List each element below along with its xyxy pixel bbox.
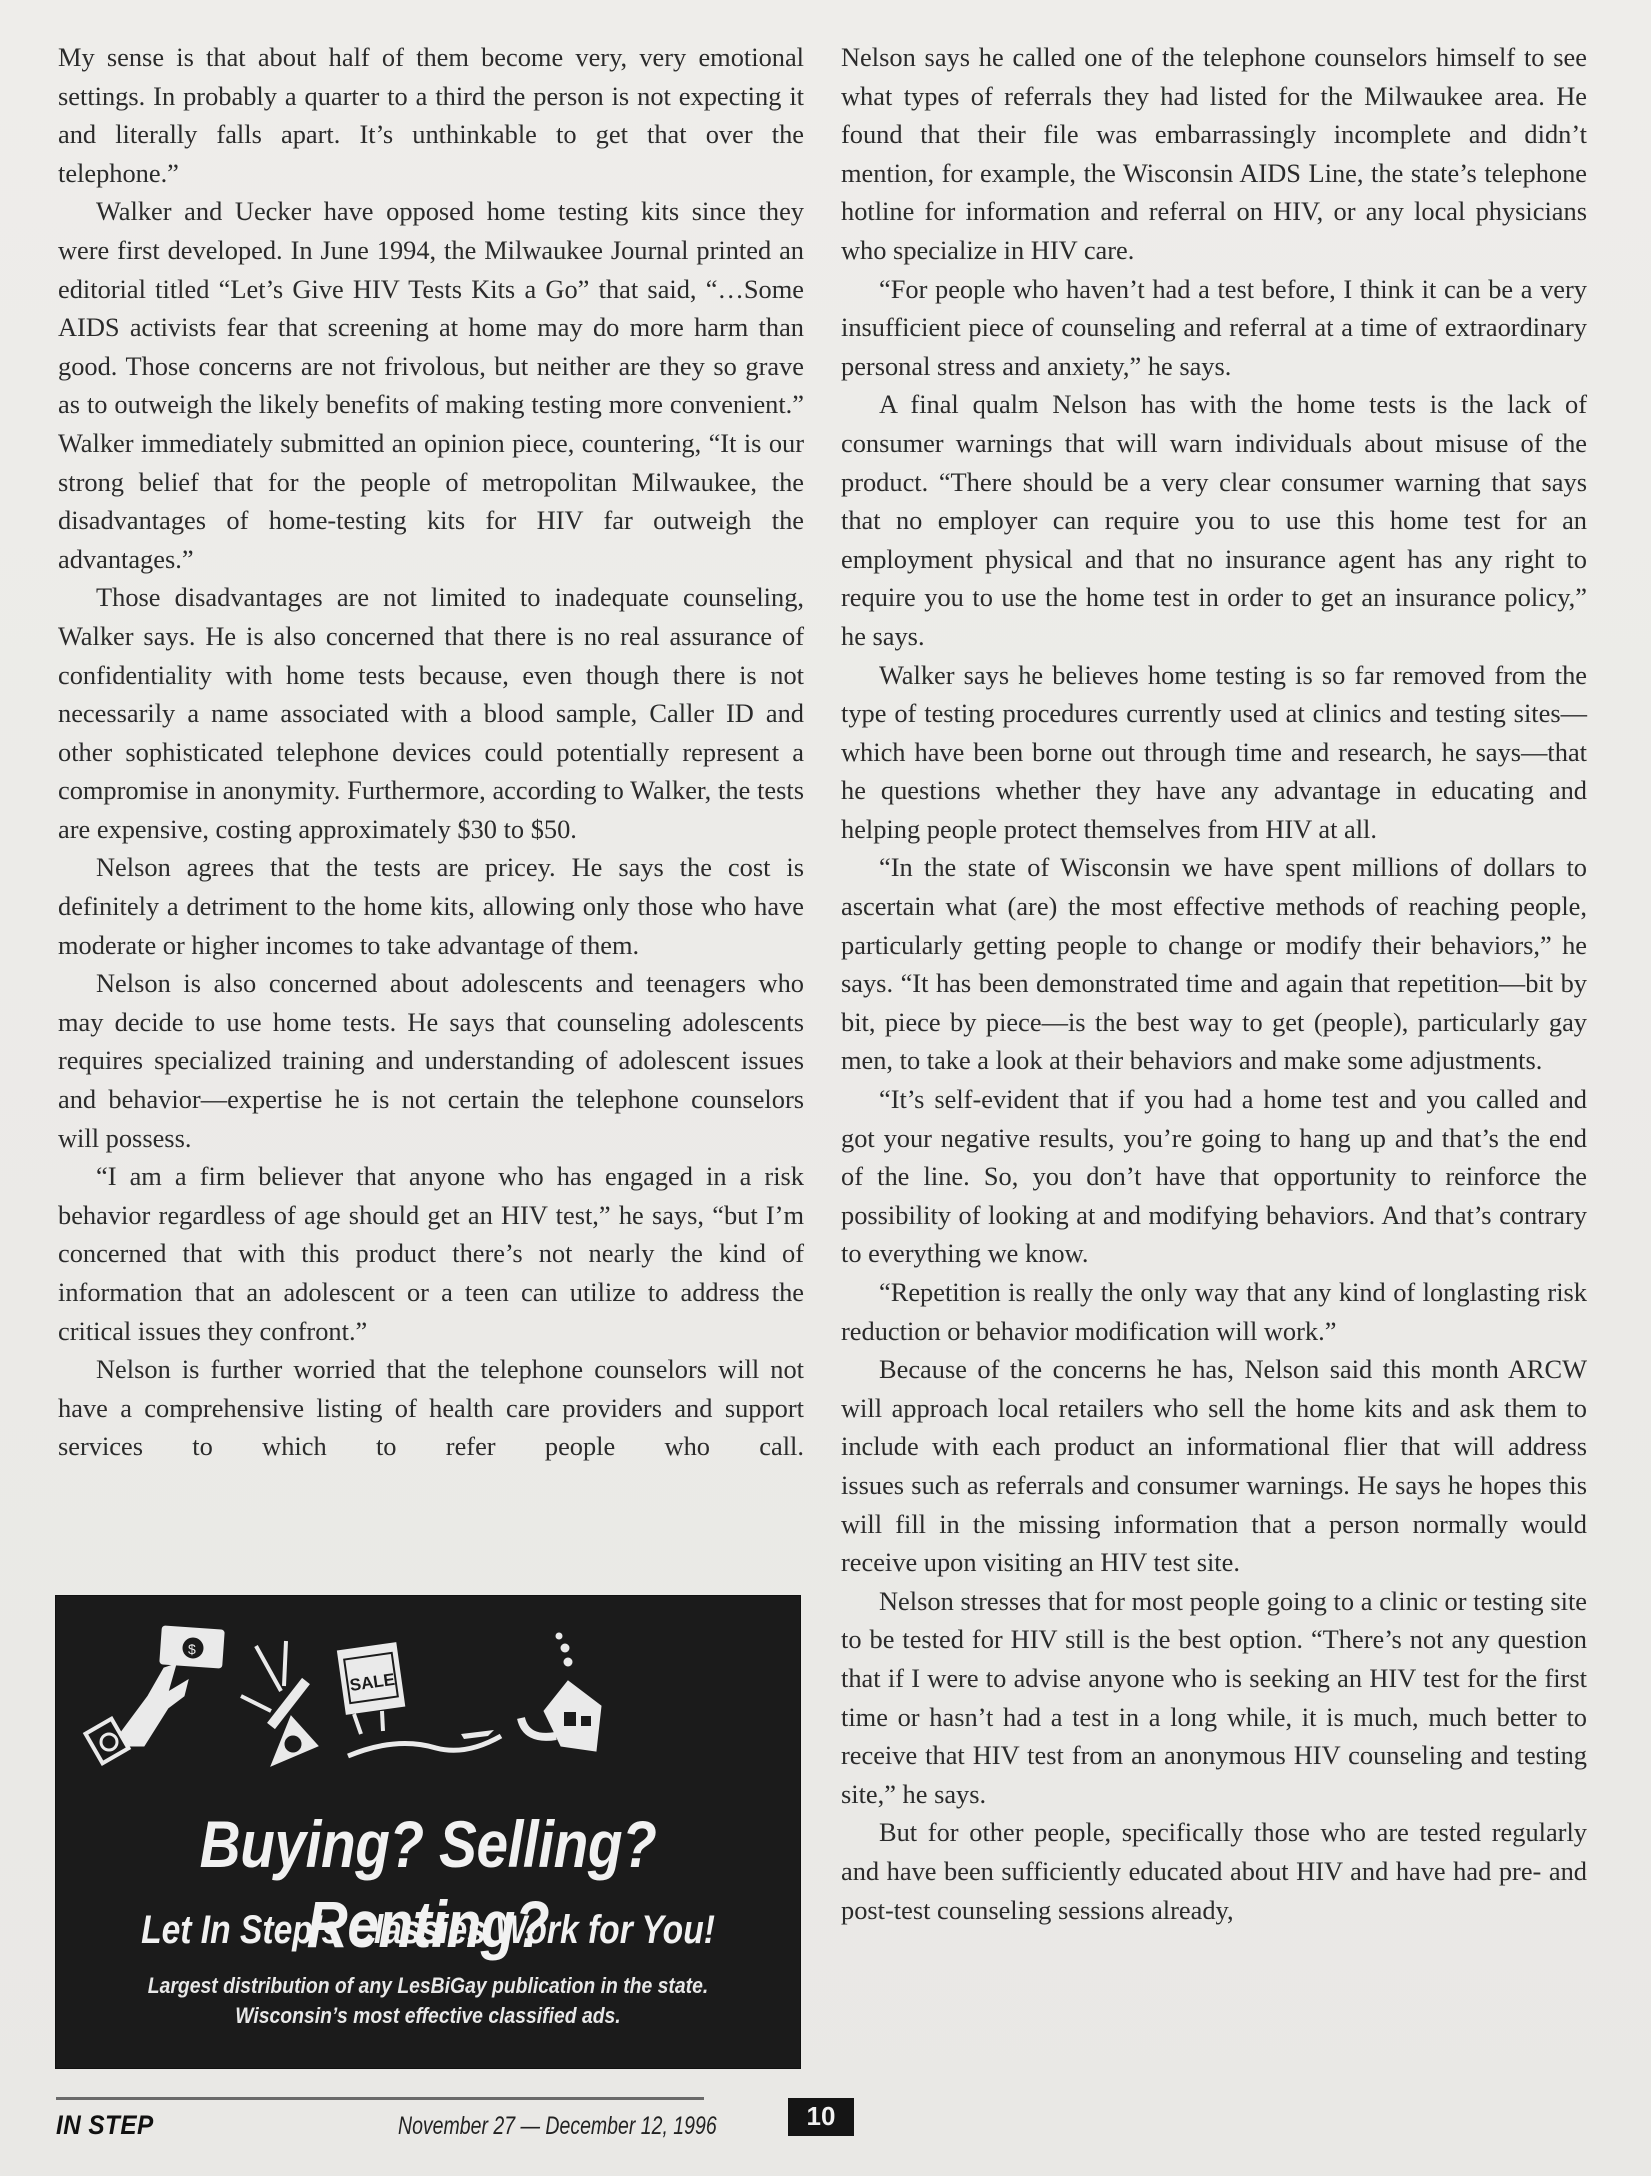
article-paragraph: Nelson stresses that for most people goi…	[841, 1582, 1587, 1814]
publication-name: IN STEP	[56, 2110, 154, 2141]
article-paragraph: Nelson is also concerned about adolescen…	[58, 964, 804, 1157]
article-paragraph: Nelson agrees that the tests are pricey.…	[58, 848, 804, 964]
article-paragraph: But for other people, specifically those…	[841, 1813, 1587, 1929]
ringing-telephone-icon	[241, 1641, 318, 1766]
article-paragraph: My sense is that about half of them beco…	[58, 38, 804, 192]
article-paragraph: Walker and Uecker have opposed home test…	[58, 192, 804, 578]
sale-sign-icon: SALE	[337, 1642, 501, 1756]
article-paragraph: “Repetition is really the only way that …	[841, 1273, 1587, 1350]
article-left-column: My sense is that about half of them beco…	[58, 38, 804, 1466]
article-paragraph: “I am a firm believer that anyone who ha…	[58, 1157, 804, 1350]
article-right-column: Nelson says he called one of the telepho…	[841, 38, 1587, 1929]
article-paragraph: Walker says he believes home testing is …	[841, 656, 1587, 849]
article-paragraph: “It’s self-evident that if you had a hom…	[841, 1080, 1587, 1273]
article-paragraph: Nelson is further worried that the telep…	[58, 1350, 804, 1466]
ad-tagline: Largest distribution of any LesBiGay pub…	[101, 1971, 756, 2031]
footer-divider	[56, 2097, 704, 2100]
svg-text:$: $	[188, 1641, 196, 1657]
hand-with-money-icon: $	[86, 1626, 225, 1763]
article-paragraph: “In the state of Wisconsin we have spent…	[841, 848, 1587, 1080]
ad-tagline-line-1: Largest distribution of any LesBiGay pub…	[101, 1971, 756, 2001]
ad-tagline-line-2: Wisconsin’s most effective classified ad…	[101, 2001, 756, 2031]
page-number-badge: 10	[788, 2098, 854, 2136]
classifieds-advertisement: $ SALE	[56, 1596, 800, 2068]
hand-with-house-icon	[521, 1633, 601, 1751]
issue-date-range: November 27 — December 12, 1996	[398, 2112, 717, 2141]
article-paragraph: Nelson says he called one of the telepho…	[841, 38, 1587, 270]
article-paragraph: Those disadvantages are not limited to i…	[58, 578, 804, 848]
ad-illustrations: $ SALE	[56, 1596, 800, 1801]
article-paragraph: Because of the concerns he has, Nelson s…	[841, 1350, 1587, 1582]
ad-subheadline: Let In Step’s Classies Work for You!	[116, 1906, 741, 1954]
article-paragraph: A final qualm Nelson has with the home t…	[841, 385, 1587, 655]
magazine-page: My sense is that about half of them beco…	[0, 0, 1651, 2176]
article-paragraph: “For people who haven’t had a test befor…	[841, 270, 1587, 386]
